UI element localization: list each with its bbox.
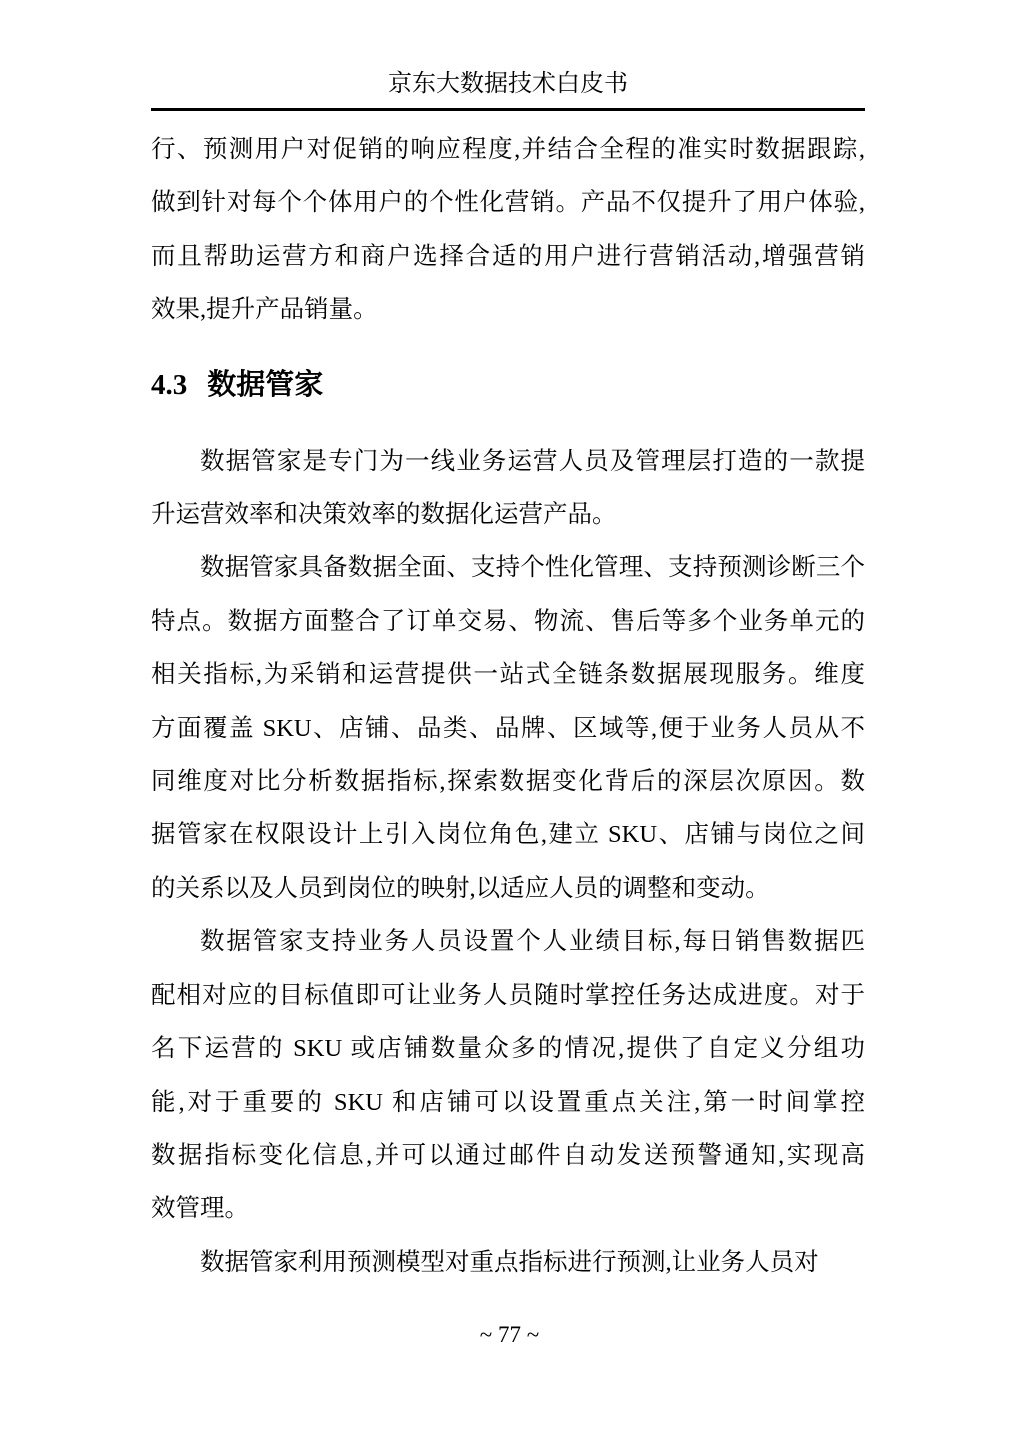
text-line: 行、预测用户对促销的响应程度,并结合全程的准实时数据跟踪, [151, 123, 865, 176]
text-line: 效果,提升产品销量。 [151, 283, 865, 336]
text-line: 数据管家是专门为一线业务运营人员及管理层打造的一款提 [151, 435, 865, 488]
text-line: 相关指标,为采销和运营提供一站式全链条数据展现服务。维度 [151, 648, 865, 701]
header-rule [151, 108, 865, 111]
page-header: 京东大数据技术白皮书 [151, 0, 865, 111]
text-line: 配相对应的目标值即可让业务人员随时掌控任务达成进度。对于 [151, 969, 865, 1022]
text-line: 特点。数据方面整合了订单交易、物流、售后等多个业务单元的 [151, 595, 865, 648]
text-line: 方面覆盖 SKU、店铺、品类、品牌、区域等,便于业务人员从不 [151, 702, 865, 755]
section-title: 数据管家 [207, 369, 323, 401]
text-line: 升运营效率和决策效率的数据化运营产品。 [151, 488, 865, 541]
paragraph-2: 数据管家是专门为一线业务运营人员及管理层打造的一款提 升运营效率和决策效率的数据… [151, 435, 865, 542]
content-column: 京东大数据技术白皮书 行、预测用户对促销的响应程度,并结合全程的准实时数据跟踪,… [151, 0, 865, 1289]
text-line: 同维度对比分析数据指标,探索数据变化背后的深层次原因。数 [151, 755, 865, 808]
section-number: 4.3 [151, 369, 187, 401]
text-line: 据管家在权限设计上引入岗位角色,建立 SKU、店铺与岗位之间 [151, 808, 865, 861]
page: 京东大数据技术白皮书 行、预测用户对促销的响应程度,并结合全程的准实时数据跟踪,… [0, 0, 1019, 1440]
text-line: 数据指标变化信息,并可以通过邮件自动发送预警通知,实现高 [151, 1129, 865, 1182]
paragraph-3: 数据管家具备数据全面、支持个性化管理、支持预测诊断三个 特点。数据方面整合了订单… [151, 541, 865, 915]
text-line: 效管理。 [151, 1182, 865, 1235]
text-line: 的关系以及人员到岗位的映射,以适应人员的调整和变动。 [151, 862, 865, 915]
header-title: 京东大数据技术白皮书 [151, 0, 865, 98]
paragraph-4: 数据管家支持业务人员设置个人业绩目标,每日销售数据匹 配相对应的目标值即可让业务… [151, 915, 865, 1235]
paragraph-5: 数据管家利用预测模型对重点指标进行预测,让业务人员对 [151, 1236, 865, 1289]
text-line: 能,对于重要的 SKU 和店铺可以设置重点关注,第一时间掌控 [151, 1076, 865, 1129]
page-footer: ~ 77 ~ [0, 1322, 1019, 1348]
text-line: 做到针对每个个体用户的个性化营销。产品不仅提升了用户体验, [151, 176, 865, 229]
paragraph-1: 行、预测用户对促销的响应程度,并结合全程的准实时数据跟踪, 做到针对每个个体用户… [151, 123, 865, 337]
document-body: 行、预测用户对促销的响应程度,并结合全程的准实时数据跟踪, 做到针对每个个体用户… [151, 123, 865, 1289]
text-line: 数据管家支持业务人员设置个人业绩目标,每日销售数据匹 [151, 915, 865, 968]
text-line: 数据管家利用预测模型对重点指标进行预测,让业务人员对 [151, 1236, 865, 1289]
text-line: 而且帮助运营方和商户选择合适的用户进行营销活动,增强营销 [151, 230, 865, 283]
text-line: 数据管家具备数据全面、支持个性化管理、支持预测诊断三个 [151, 541, 865, 594]
page-number: ~ 77 ~ [480, 1322, 539, 1347]
section-heading: 4.3数据管家 [151, 365, 865, 405]
text-line: 名下运营的 SKU 或店铺数量众多的情况,提供了自定义分组功 [151, 1022, 865, 1075]
